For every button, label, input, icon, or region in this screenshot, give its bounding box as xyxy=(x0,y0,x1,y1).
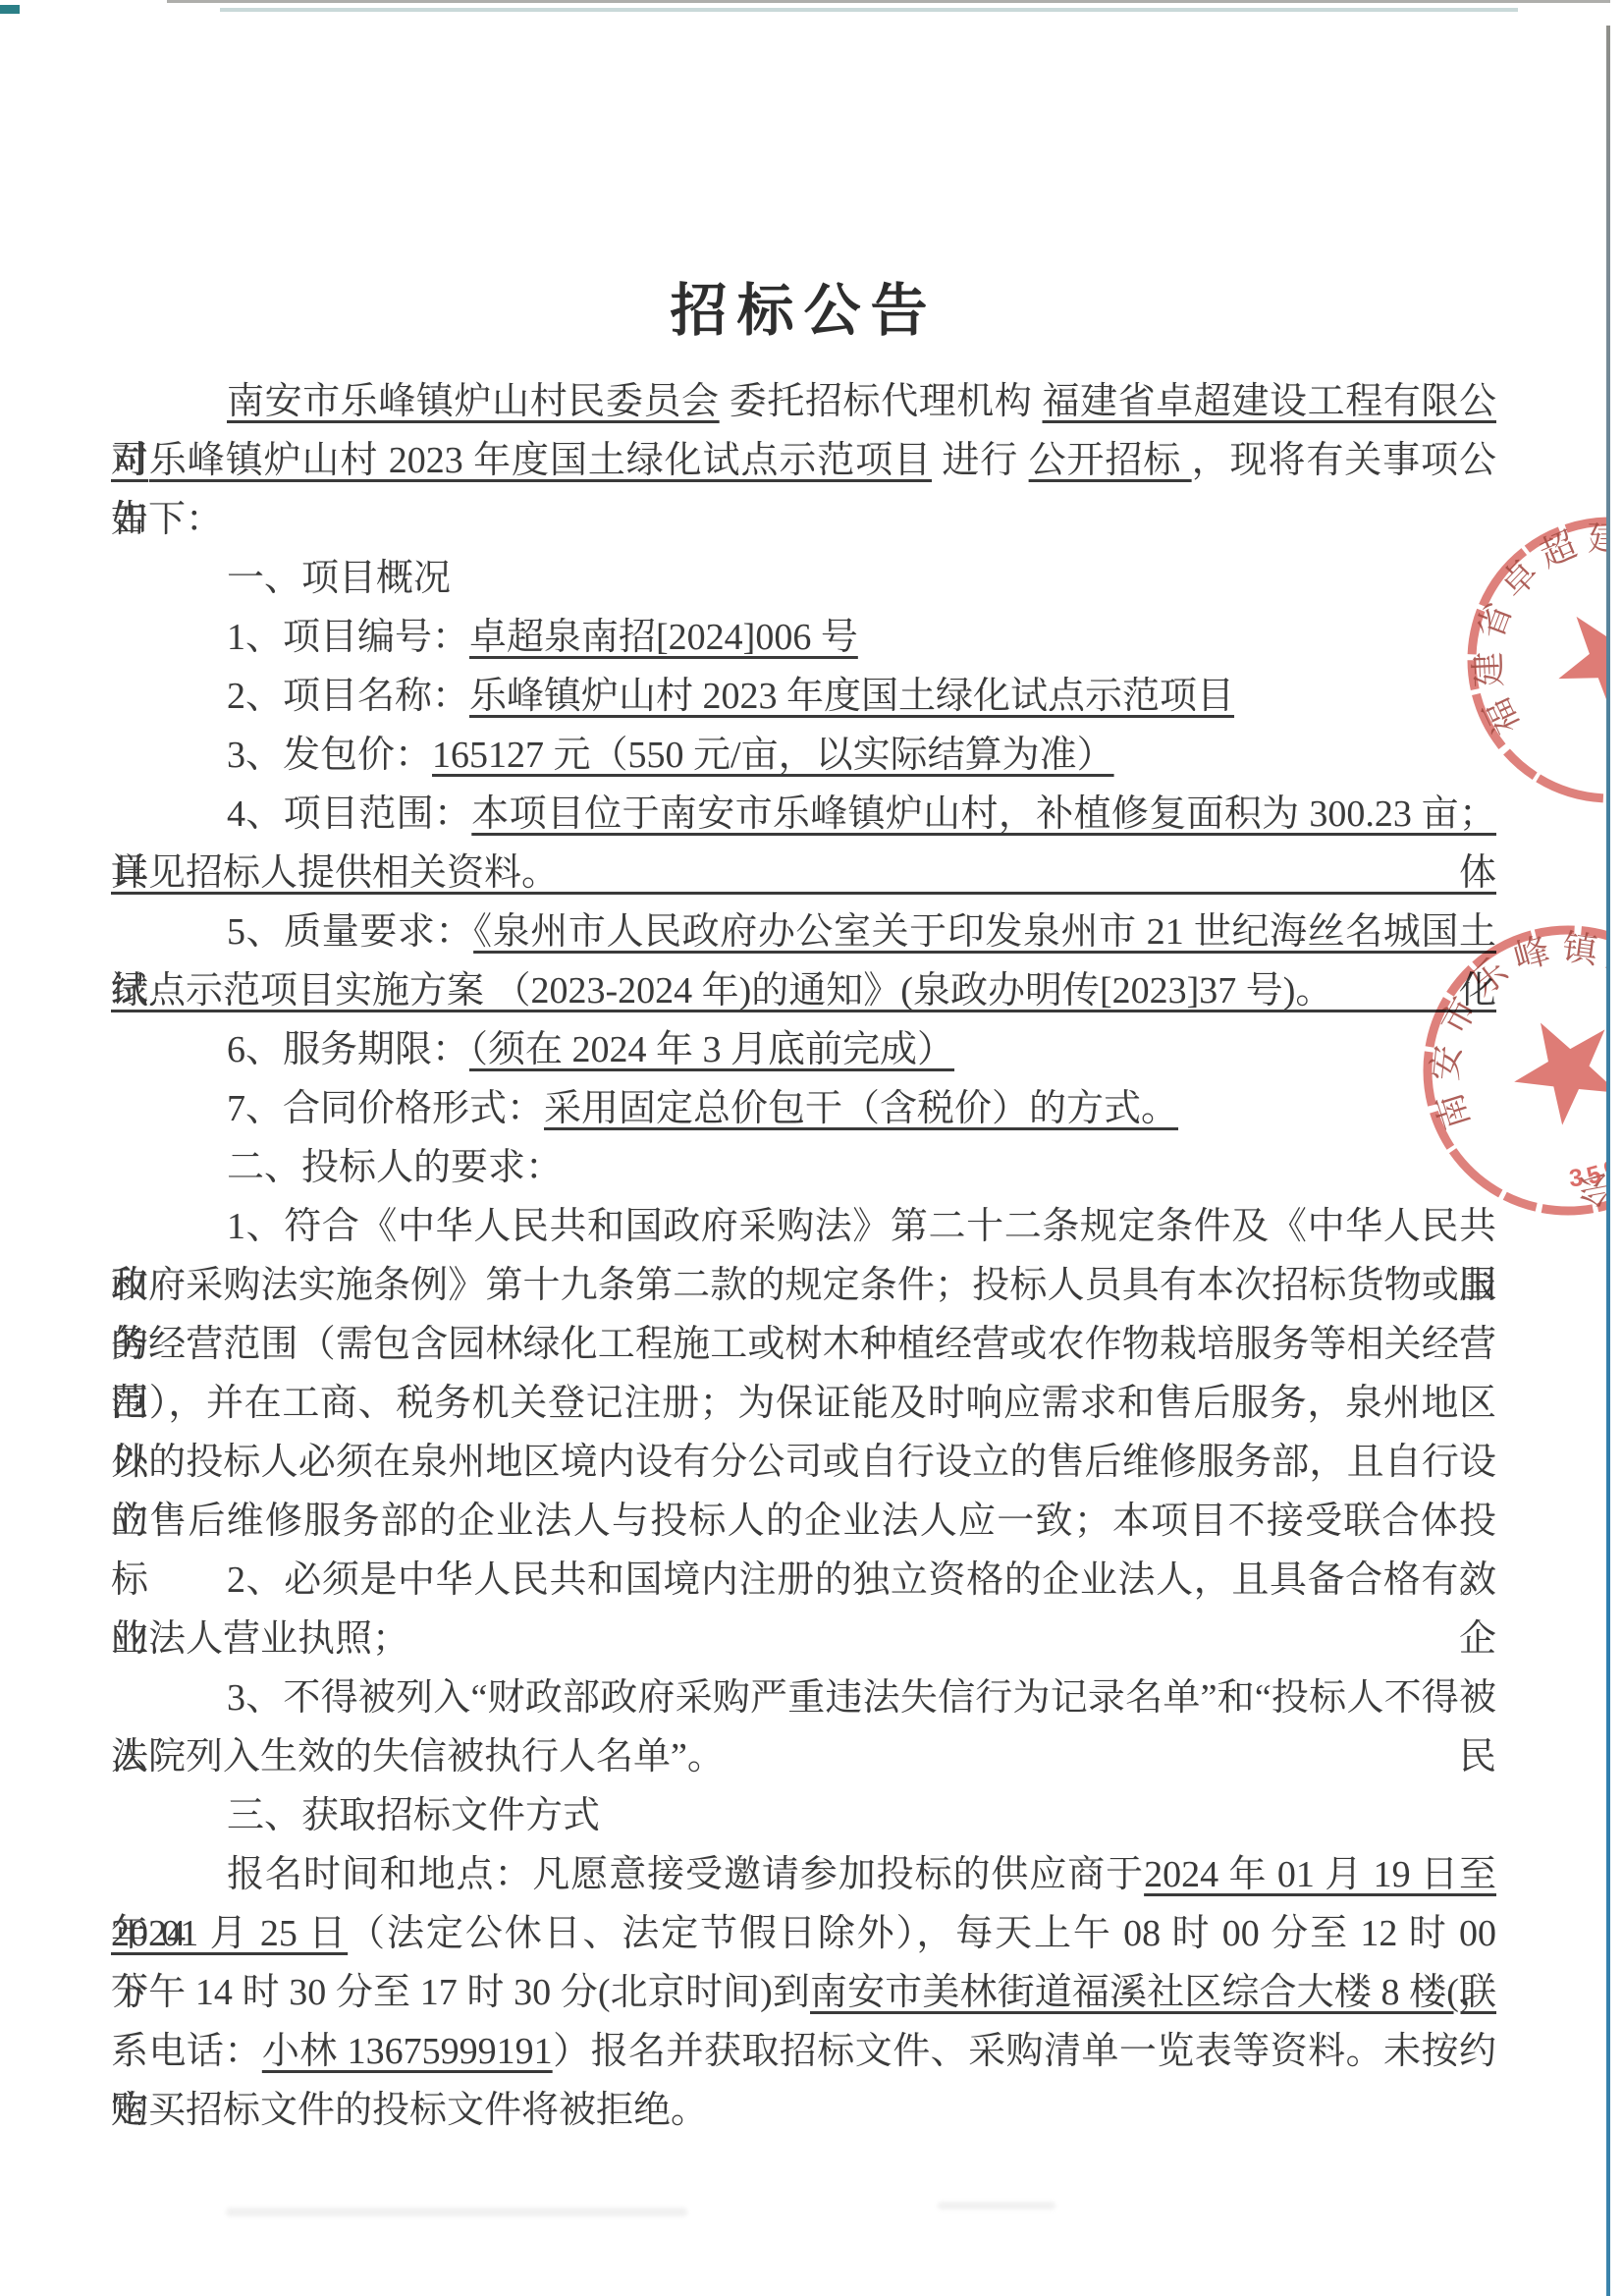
text-line: 3、发包价：165127 元（550 元/亩，以实际结算为准） xyxy=(111,726,1496,785)
plain-text: 一、项目概况 xyxy=(227,558,451,599)
text-line: 年 01 月 25 日（法定公休日、法定节假日除外），每天上午 08 时 00 … xyxy=(111,1904,1496,1963)
plain-text: 进行 xyxy=(932,440,1029,481)
text-line: 1、项目编号：卓超泉南招[2024]006 号 xyxy=(111,608,1496,667)
text-line: 7、合同价格形式：采用固定总价包干（含税价）的方式。 xyxy=(111,1079,1496,1138)
text-line: 系电话：小林 13675999191）报名并获取招标文件、采购清单一览表等资料。… xyxy=(111,2022,1496,2081)
scan-artifact-top-dark-line xyxy=(167,0,1610,3)
text-line: 6、服务期限：（须在 2024 年 3 月底前完成） xyxy=(111,1020,1496,1079)
plain-text: 5、质量要求： xyxy=(227,911,473,953)
plain-text: 业法人营业执照； xyxy=(111,1618,409,1660)
star-icon xyxy=(1536,584,1607,727)
plain-text: 二、投标人的要求： xyxy=(227,1147,563,1188)
plain-text: 报名时间和地点：凡愿意接受邀请参加投标的供应商于 xyxy=(227,1854,1144,1895)
text-line: 的经营范围（需包含园林绿化工程施工或树木种植经营或农作物栽培服务等相关经营范 xyxy=(111,1315,1496,1374)
star-icon xyxy=(1495,997,1607,1135)
page-title: 招标公告 xyxy=(0,277,1607,346)
underlined-text: 小林 13675999191 xyxy=(262,2031,553,2072)
plain-text: 6、服务期限： xyxy=(227,1029,469,1070)
underlined-text: 乐峰镇炉山村 2023 年度国土绿化试点示范项目 xyxy=(149,440,932,481)
underlined-text: （须在 2024 年 3 月底前完成） xyxy=(469,1029,954,1070)
text-line: 对乐峰镇炉山村 2023 年度国土绿化试点示范项目 进行 公开招标 ，现将有关事… xyxy=(111,431,1496,490)
text-line: 购买招标文件的投标文件将被拒绝。 xyxy=(111,2081,1496,2140)
text-line: 二、投标人的要求： xyxy=(111,1138,1496,1197)
plain-text: 1、项目编号： xyxy=(227,617,469,658)
text-line: 5、质量要求：《泉州市人民政府办公室关于印发泉州市 21 世纪海丝名城国土绿化 xyxy=(111,902,1496,961)
text-line: 4、项目范围：本项目位于南安市乐峰镇炉山村，补植修复面积为 300.23 亩；具… xyxy=(111,785,1496,844)
scanned-tender-notice-page: 招标公告 南安市乐峰镇炉山村民委员会 委托招标代理机构 福建省卓超建设工程有限公… xyxy=(0,0,1623,2296)
page-edge-line xyxy=(1606,26,1610,2296)
underlined-text: 采用固定总价包干（含税价）的方式。 xyxy=(544,1088,1178,1129)
plain-text: 如下： xyxy=(111,499,223,540)
text-line: 围），并在工商、税务机关登记注册；为保证能及时响应需求和售后服务，泉州地区以 xyxy=(111,1374,1496,1433)
plain-text: 4、项目范围： xyxy=(227,793,471,835)
plain-text: 3、发包价： xyxy=(227,735,432,776)
text-line: 2、项目名称：乐峰镇炉山村 2023 年度国土绿化试点示范项目 xyxy=(111,667,1496,726)
plain-text: 委托招标代理机构 xyxy=(720,381,1043,422)
text-line: 南安市乐峰镇炉山村民委员会 委托招标代理机构 福建省卓超建设工程有限公司 xyxy=(111,372,1496,431)
plain-text: 下午 14 时 30 分至 17 时 30 分(北京时间)到 xyxy=(111,1972,810,2013)
underlined-text: 年 01 月 25 日 xyxy=(111,1913,348,1954)
text-line: 如下： xyxy=(111,490,1496,549)
text-line: 外的投标人必须在泉州地区境内设有分公司或自行设立的售后维修服务部，且自行设立 xyxy=(111,1433,1496,1492)
plain-text: 2、项目名称： xyxy=(227,676,469,717)
scan-artifact-corner-mark xyxy=(0,5,20,14)
text-line: 一、项目概况 xyxy=(111,549,1496,608)
scan-artifact-top-teal-line xyxy=(220,8,1518,12)
plain-text: 法院列入生效的失信被执行人名单”。 xyxy=(111,1736,725,1777)
scan-smudge xyxy=(938,2202,1055,2210)
document-body: 南安市乐峰镇炉山村民委员会 委托招标代理机构 福建省卓超建设工程有限公司对乐峰镇… xyxy=(0,372,1607,2140)
text-line: 1、符合《中华人民共和国政府采购法》第二十二条规定条件及《中华人民共和国 xyxy=(111,1197,1496,1256)
underlined-text: 公开招标 xyxy=(1029,440,1192,481)
underlined-text: 乐峰镇炉山村 2023 年度国土绿化试点示范项目 xyxy=(469,676,1234,717)
underlined-text: 南安市乐峰镇炉山村民委员会 xyxy=(227,381,720,422)
scan-area: 招标公告 南安市乐峰镇炉山村民委员会 委托招标代理机构 福建省卓超建设工程有限公… xyxy=(0,0,1607,2296)
scan-smudge xyxy=(226,2208,687,2216)
text-line: 的售后维修服务部的企业法人与投标人的企业法人应一致；本项目不接受联合体投标。 xyxy=(111,1492,1496,1551)
text-line: 政府采购法实施条例》第十九条第二款的规定条件；投标人员具有本次招标货物或服务 xyxy=(111,1256,1496,1315)
plain-text: 购买招标文件的投标文件将被拒绝。 xyxy=(111,2090,708,2131)
text-line: 报名时间和地点：凡愿意接受邀请参加投标的供应商于2024 年 01 月 19 日… xyxy=(111,1845,1496,1904)
text-line: 2、必须是中华人民共和国境内注册的独立资格的企业法人，且具备合格有效的企 xyxy=(111,1551,1496,1610)
text-line: 三、获取招标文件方式 xyxy=(111,1786,1496,1845)
text-line: 下午 14 时 30 分至 17 时 30 分(北京时间)到南安市美林街道福溪社… xyxy=(111,1963,1496,2022)
underlined-text: 卓超泉南招[2024]006 号 xyxy=(469,617,858,658)
plain-text: 三、获取招标文件方式 xyxy=(227,1795,600,1836)
plain-text: 对 xyxy=(111,440,149,481)
text-line: 试点示范项目实施方案 （2023-2024 年)的通知》(泉政办明传[2023]… xyxy=(111,961,1496,1020)
plain-text: 7、合同价格形式： xyxy=(227,1088,544,1129)
underlined-text: 南安市美林街道福溪社区综合大楼 8 楼(联 xyxy=(810,1972,1496,2013)
underlined-text: 165127 元（550 元/亩，以实际结算为准） xyxy=(432,735,1114,776)
text-line: 3、不得被列入“财政部政府采购严重违法失信行为记录名单”和“投标人不得被人民 xyxy=(111,1668,1496,1727)
underlined-text: 详见招标人提供相关资料。 xyxy=(111,852,559,894)
underlined-text: 试点示范项目实施方案 （2023-2024 年)的通知》(泉政办明传[2023]… xyxy=(111,970,1332,1011)
plain-text: 系电话： xyxy=(111,2031,262,2072)
